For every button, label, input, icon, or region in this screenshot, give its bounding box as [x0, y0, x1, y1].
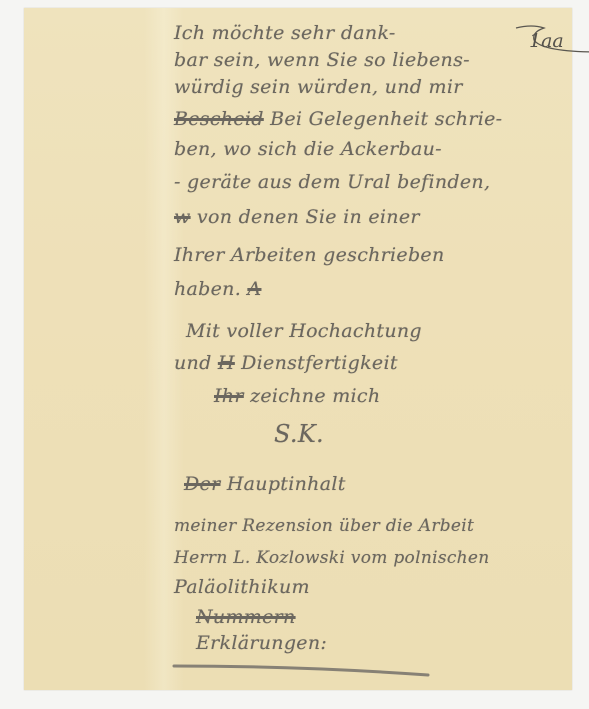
underline-stroke: [172, 663, 432, 677]
postscript-line-3: Paläolithikum: [174, 576, 310, 598]
struck-letter: w: [174, 206, 191, 228]
body-line-4: Bescheid Bei Gelegenheit schrie-: [174, 108, 502, 130]
signature: S.K.: [274, 420, 324, 448]
body-line-6: - geräte aus dem Ural befinden,: [174, 171, 490, 193]
body-line-2: bar sein, wenn Sie so liebens-: [174, 49, 470, 71]
postscript-final-word: Erklärungen:: [196, 632, 327, 654]
struck-letter: A: [247, 278, 261, 300]
closing-line-2-text: Dienstfertigkeit: [241, 352, 398, 374]
closing-line-1: Mit voller Hochachtung: [186, 320, 422, 342]
postscript-struck-word: Nummern: [196, 606, 296, 628]
body-line-8: Ihrer Arbeiten geschrieben: [174, 244, 445, 266]
struck-word: Bescheid: [174, 108, 264, 130]
closing-line-2-prefix: und: [174, 352, 212, 374]
body-line-4-text: Bei Gelegenheit schrie-: [270, 108, 502, 130]
struck-word: Der: [184, 473, 220, 495]
struck-letter: H: [218, 352, 235, 374]
body-line-1: Ich möchte sehr dank-: [174, 22, 396, 44]
body-line-7: w von denen Sie in einer: [174, 206, 420, 228]
closing-line-3-text: zeichne mich: [250, 385, 380, 407]
postscript-line-2: Herrn L. Kozlowski vom polnischen: [174, 548, 490, 568]
scanned-document: 1aa Ich möchte sehr dank- bar sein, wenn…: [0, 0, 589, 709]
postscript-heading: Der Hauptinhalt: [184, 473, 346, 495]
body-line-3: würdig sein würden, und mir: [174, 76, 463, 98]
body-line-5: ben, wo sich die Ackerbau-: [174, 138, 442, 160]
postscript-heading-text: Hauptinhalt: [227, 473, 346, 495]
paper-sheet: 1aa Ich möchte sehr dank- bar sein, wenn…: [24, 8, 572, 690]
closing-line-2: und H Dienstfertigkeit: [174, 352, 398, 374]
postscript-line-1: meiner Rezension über die Arbeit: [174, 516, 474, 536]
closing-line-3: Ihr zeichne mich: [214, 385, 380, 407]
body-line-7-text: von denen Sie in einer: [197, 206, 420, 228]
struck-word: Ihr: [214, 385, 244, 407]
body-line-9-text: haben.: [174, 278, 241, 300]
page-number: 1aa: [529, 30, 564, 52]
body-line-9: haben. A: [174, 278, 261, 300]
